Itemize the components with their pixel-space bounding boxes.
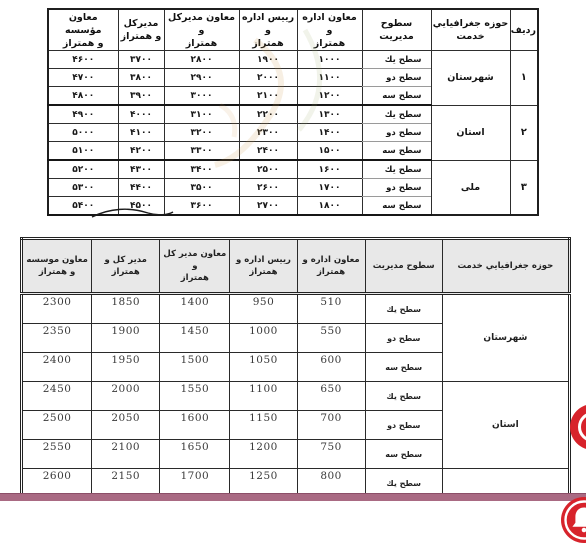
value-cell: ۱۲۰۰ (297, 87, 362, 106)
value-cell: ۳۳۰۰ (164, 142, 239, 161)
value-cell: ۴۶۰۰ (48, 51, 118, 69)
bell-icon (561, 497, 586, 543)
row-number-cell: ۱ (510, 51, 538, 106)
value-cell: 1000 (230, 324, 297, 353)
value-cell: 1900 (92, 324, 160, 353)
value-cell: 700 (297, 411, 365, 440)
level-cell: سطح سه (362, 197, 431, 216)
level-cell: سطح يك (362, 160, 431, 179)
value-cell: ۲۸۰۰ (164, 51, 239, 69)
value-cell: ۴۰۰۰ (118, 105, 164, 124)
value-cell: 2150 (92, 469, 160, 494)
value-cell: 650 (297, 382, 365, 411)
value-cell: 1150 (230, 411, 297, 440)
col-header-levels: سطوح مديريت (362, 9, 431, 51)
col-header-head-office: رييس اداره و همتراز (230, 239, 297, 294)
value-cell: ۱۳۰۰ (297, 105, 362, 124)
value-cell: ۴۸۰۰ (48, 87, 118, 106)
top-table-header: رديف حوزه جغرافيايي خدمت سطوح مديريت معا… (48, 9, 538, 51)
value-cell: 1200 (230, 440, 297, 469)
value-cell: 1650 (160, 440, 230, 469)
value-cell: 1950 (92, 353, 160, 382)
table-row: استانسطح يك6501100155020002450 (22, 382, 570, 411)
region-cell: شهرستان (431, 51, 510, 106)
col-header-dg: مدير كل و همتراز (92, 239, 160, 294)
value-cell: ۳۵۰۰ (164, 179, 239, 197)
value-cell: ۱۱۰۰ (297, 69, 362, 87)
value-cell: ۴۹۰۰ (48, 105, 118, 124)
value-cell: 2300 (22, 294, 92, 324)
level-cell: سطح يك (365, 469, 442, 494)
value-cell: ۳۴۰۰ (164, 160, 239, 179)
value-cell: ۳۰۰۰ (164, 87, 239, 106)
value-cell: ۳۸۰۰ (118, 69, 164, 87)
value-cell: 750 (297, 440, 365, 469)
table-row: شهرستانسطح يك510950140018502300 (22, 294, 570, 324)
col-header-radif: رديف (510, 9, 538, 51)
col-header-head-office: رييس اداره و همتراز (239, 9, 297, 51)
value-cell: ۵۳۰۰ (48, 179, 118, 197)
value-cell: ۲۷۰۰ (239, 197, 297, 216)
col-header-region: حوزه جغرافيايي خدمت (431, 9, 510, 51)
value-cell: 1850 (92, 294, 160, 324)
value-cell: 1550 (160, 382, 230, 411)
value-cell: 2050 (92, 411, 160, 440)
col-header-deputy-office: معاون اداره و همتراز (297, 239, 365, 294)
value-cell: ۵۲۰۰ (48, 160, 118, 179)
col-header-region: حوزه جغرافيايي خدمت (442, 239, 569, 294)
level-cell: سطح سه (362, 87, 431, 106)
value-cell: 1700 (160, 469, 230, 494)
value-cell: ۲۵۰۰ (239, 160, 297, 179)
pink-divider-bar (0, 493, 586, 501)
value-cell: ۱۹۰۰ (239, 51, 297, 69)
col-header-dg: مديركل و همتراز (118, 9, 164, 51)
region-cell: شهرستان (442, 294, 569, 382)
value-cell: 2400 (22, 353, 92, 382)
value-cell: ۲۰۰۰ (239, 69, 297, 87)
value-cell: ۳۲۰۰ (164, 124, 239, 142)
value-cell: ۲۴۰۰ (239, 142, 297, 161)
value-cell: 1400 (160, 294, 230, 324)
value-cell: 800 (297, 469, 365, 494)
value-cell: ۱۰۰۰ (297, 51, 362, 69)
bottom-table: حوزه جغرافيايي خدمت سطوح مديريت معاون اد… (20, 237, 571, 493)
value-cell: 550 (297, 324, 365, 353)
level-cell: سطح سه (365, 440, 442, 469)
level-cell: سطح يك (362, 51, 431, 69)
value-cell: ۳۹۰۰ (118, 87, 164, 106)
col-header-deputy-institute: معاون موسسه و همتراز (22, 239, 92, 294)
value-cell: ۲۳۰۰ (239, 124, 297, 142)
value-cell: ۲۲۰۰ (239, 105, 297, 124)
value-cell: ۱۵۰۰ (297, 142, 362, 161)
value-cell: ۴۷۰۰ (48, 69, 118, 87)
value-cell: 600 (297, 353, 365, 382)
page: رديف حوزه جغرافيايي خدمت سطوح مديريت معا… (0, 0, 586, 543)
table-row: سطح يك8001250170021502600 (22, 469, 570, 494)
top-table: رديف حوزه جغرافيايي خدمت سطوح مديريت معا… (47, 8, 539, 216)
region-cell: استان (442, 382, 569, 469)
value-cell: 510 (297, 294, 365, 324)
scan-curve-artifact (90, 205, 175, 221)
bottom-table-clip: حوزه جغرافيايي خدمت سطوح مديريت معاون اد… (20, 237, 573, 493)
value-cell: 2500 (22, 411, 92, 440)
value-cell: 1250 (230, 469, 297, 494)
level-cell: سطح يك (365, 382, 442, 411)
col-header-deputy-institute: معاون مؤسسه و همتراز (48, 9, 118, 51)
col-header-levels: سطوح مديريت (365, 239, 442, 294)
region-cell: استان (431, 105, 510, 160)
value-cell: 2600 (22, 469, 92, 494)
level-cell: سطح دو (365, 411, 442, 440)
level-cell: سطح دو (365, 324, 442, 353)
value-cell: 2000 (92, 382, 160, 411)
col-header-deputy-office: معاون اداره و همتراز (297, 9, 362, 51)
table-row: ۳ملیسطح يك۱۶۰۰۲۵۰۰۳۴۰۰۴۳۰۰۵۲۰۰ (48, 160, 538, 179)
value-cell: ۴۳۰۰ (118, 160, 164, 179)
value-cell: ۱۴۰۰ (297, 124, 362, 142)
value-cell: 1050 (230, 353, 297, 382)
level-cell: سطح دو (362, 124, 431, 142)
value-cell: ۴۲۰۰ (118, 142, 164, 161)
level-cell: سطح سه (365, 353, 442, 382)
value-cell: ۲۶۰۰ (239, 179, 297, 197)
value-cell: ۴۴۰۰ (118, 179, 164, 197)
value-cell: ۱۶۰۰ (297, 160, 362, 179)
value-cell: ۲۱۰۰ (239, 87, 297, 106)
value-cell: 1100 (230, 382, 297, 411)
value-cell: ۱۷۰۰ (297, 179, 362, 197)
value-cell: 2550 (22, 440, 92, 469)
region-cell: ملی (431, 160, 510, 215)
level-cell: سطح يك (362, 105, 431, 124)
value-cell: 2350 (22, 324, 92, 353)
level-cell: سطح دو (362, 179, 431, 197)
value-cell: ۲۹۰۰ (164, 69, 239, 87)
row-number-cell: ۲ (510, 105, 538, 160)
value-cell: 950 (230, 294, 297, 324)
value-cell: 1500 (160, 353, 230, 382)
row-number-cell: ۳ (510, 160, 538, 215)
table-row: ۱شهرستانسطح يك۱۰۰۰۱۹۰۰۲۸۰۰۳۷۰۰۴۶۰۰ (48, 51, 538, 69)
value-cell: 1450 (160, 324, 230, 353)
value-cell: ۵۱۰۰ (48, 142, 118, 161)
value-cell: ۳۷۰۰ (118, 51, 164, 69)
value-cell: ۱۸۰۰ (297, 197, 362, 216)
region-cell (442, 469, 569, 494)
level-cell: سطح سه (362, 142, 431, 161)
value-cell: ۴۱۰۰ (118, 124, 164, 142)
col-header-deputy-dg: معاون مدير كل و همتراز (160, 239, 230, 294)
value-cell: ۳۶۰۰ (164, 197, 239, 216)
value-cell: ۵۰۰۰ (48, 124, 118, 142)
table-row: ۲استانسطح يك۱۳۰۰۲۲۰۰۳۱۰۰۴۰۰۰۴۹۰۰ (48, 105, 538, 124)
level-cell: سطح يك (365, 294, 442, 324)
col-header-deputy-dg: معاون مديركل و همتراز (164, 9, 239, 51)
value-cell: 2100 (92, 440, 160, 469)
value-cell: ۳۱۰۰ (164, 105, 239, 124)
level-cell: سطح دو (362, 69, 431, 87)
bottom-table-header: حوزه جغرافيايي خدمت سطوح مديريت معاون اد… (22, 239, 570, 294)
value-cell: 2450 (22, 382, 92, 411)
value-cell: 1600 (160, 411, 230, 440)
